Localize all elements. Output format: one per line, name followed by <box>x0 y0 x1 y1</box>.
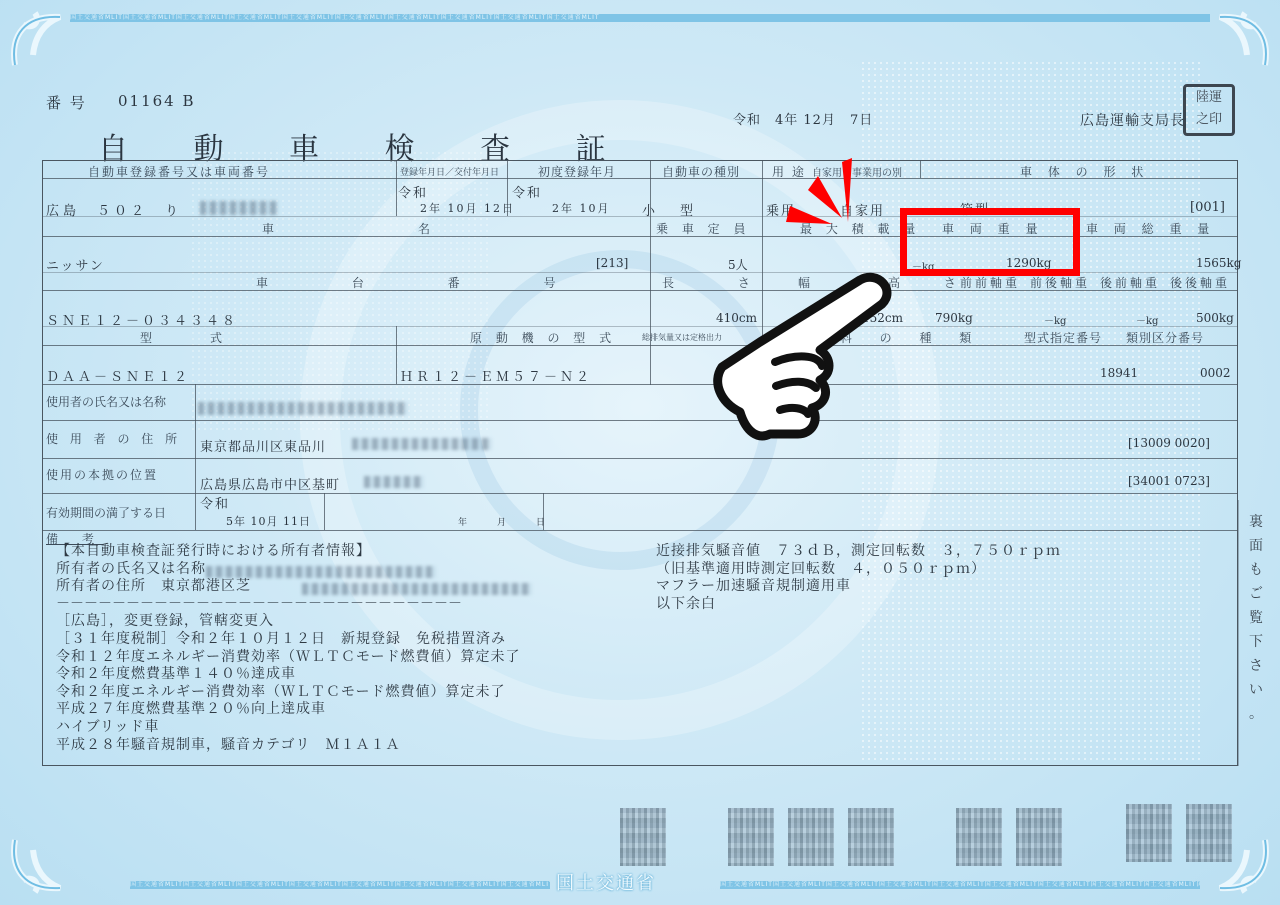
remarks-line: 平成２７年度燃費基準２０％向上達成車 <box>56 701 520 719</box>
category-number: 0002 <box>1200 366 1231 380</box>
capacity-header: 乗 車 定 員 <box>656 220 750 237</box>
remarks-line: 令和１２年度エネルギー消費効率（ＷＬＴＣモード燃費値）算定未了 <box>56 649 520 667</box>
redacted-qr-code <box>728 808 774 866</box>
security-border-bottom-right: 国土交通省MLIT国土交通省MLIT国土交通省MLIT国土交通省MLIT国土交通… <box>720 881 1200 889</box>
reg-plate: 広島 ５０２ り <box>46 200 182 219</box>
remarks-line: 【本自動車検査証発行時における所有者情報】 <box>56 543 520 561</box>
rr-axle-header: 後後軸重 <box>1170 274 1230 291</box>
car-name-header-2: 名 <box>418 220 432 237</box>
remarks-line: ［３１年度税制］令和２年１０月１２日 新規登録 免税措置済み <box>56 631 520 649</box>
corner-flourish-icon <box>5 830 75 900</box>
reg-date-header: 登録年月日／交付年月日 <box>400 165 499 178</box>
ministry-footer: 国土交通省 <box>556 869 656 895</box>
pointing-hand-icon <box>700 262 900 462</box>
reg-date: 2年 10月 12日 <box>420 200 515 216</box>
redacted-owner-address <box>302 583 532 595</box>
car-code: [213] <box>596 256 628 270</box>
rf-axle-header: 後前軸重 <box>1100 274 1160 291</box>
remarks-line: 令和２年度燃費基準１４０％達成車 <box>56 666 520 684</box>
fr-axle: －kg <box>1044 312 1066 327</box>
user-address-code: [13009 0020] <box>1128 436 1210 450</box>
expiry-header: 有効期間の満了する日 <box>46 504 166 521</box>
base-location: 広島県広島市中区基町 <box>200 474 340 493</box>
redacted-qr-code <box>1016 808 1062 866</box>
remarks-line: 近接排気騒音値 ７３ｄＢ，測定回転数 ３，７５０ｒｐｍ <box>656 543 1061 561</box>
remarks-line: －－－－－－－－－－－－－－－－－－－－－－－－－－－－－ <box>56 596 520 614</box>
official-seal-icon: 陸運之印 <box>1183 84 1235 136</box>
vehicle-class-header: 自動車の種別 <box>662 163 740 180</box>
redacted-qr-code <box>788 808 834 866</box>
rr-axle: 500kg <box>1196 311 1234 325</box>
remarks-line: ハイブリッド車 <box>56 719 520 737</box>
redacted-qr-code <box>1126 804 1172 862</box>
car-name-header-1: 車 <box>262 220 276 237</box>
engine-model: ＨＲ１２－ＥＭ５７－Ｎ２ <box>400 366 592 385</box>
redacted-qr-code <box>620 808 666 866</box>
ff-axle-header: 前前軸重 <box>960 274 1020 291</box>
vehicle-class: 小 型 <box>642 200 699 219</box>
issuer: 広島運輸支局長 <box>1080 110 1185 130</box>
car-name: ニッサン <box>46 255 105 274</box>
vehicle-weight-highlight-box <box>900 208 1080 276</box>
redacted-qr-code <box>1186 804 1232 862</box>
body-code: [001] <box>1190 200 1225 215</box>
expiry-date: 5年 10月 11日 <box>226 513 311 529</box>
remarks-line: マフラー加速騒音規制適用車 <box>656 578 1061 596</box>
rf-axle: －kg <box>1136 312 1158 327</box>
reg-date-era: 令和 <box>398 182 428 201</box>
redacted-owner-name <box>206 566 436 578</box>
redacted-plate-number <box>200 201 278 215</box>
redacted-user-address <box>352 438 492 450</box>
remarks-line: 平成２８年騒音規制車，騒音カテゴリ Ｍ１Ａ１Ａ <box>56 737 520 755</box>
gross-weight-header: 車 両 総 重 量 <box>1086 220 1215 237</box>
issue-date: 令和 4年 12月 7日 <box>733 109 873 128</box>
chassis-number: ＳＮＥ１２－０３４３４８ <box>46 310 238 329</box>
redacted-qr-code <box>956 808 1002 866</box>
redacted-base-location <box>364 476 424 488</box>
gross-weight: 1565kg <box>1196 256 1242 270</box>
remarks-line: （旧基準適用時測定回転数 ４，０５０ｒｐｍ） <box>656 561 1061 579</box>
number-label: 番 号 <box>46 92 87 113</box>
ff-axle: 790kg <box>935 311 973 325</box>
first-reg-header: 初度登録年月 <box>538 163 616 180</box>
remarks-line: 以下余白 <box>656 596 1061 614</box>
base-location-header: 使用の本拠の位置 <box>46 466 158 483</box>
chassis-number-header: 車 台 番 号 <box>256 274 595 291</box>
remarks-line: ［広島］，変更登録，管轄変更入 <box>56 613 520 631</box>
user-name-header: 使用者の氏名又は名称 <box>46 393 166 410</box>
category-number-header: 類別区分番号 <box>1126 329 1204 346</box>
body-shape-header: 車 体 の 形 状 <box>1020 163 1149 180</box>
model: ＤＡＡ－ＳＮＥ１２ <box>46 366 190 385</box>
security-border-bottom-left: 国土交通省MLIT国土交通省MLIT国土交通省MLIT国土交通省MLIT国土交通… <box>130 881 550 889</box>
first-reg-date: 2年 10月 <box>552 200 611 216</box>
base-location-code: [34001 0723] <box>1128 474 1210 488</box>
user-address: 東京都品川区東品川 <box>200 436 326 455</box>
first-reg-era: 令和 <box>512 182 542 201</box>
fr-axle-header: 前後軸重 <box>1030 274 1090 291</box>
corner-flourish-icon <box>5 5 75 75</box>
remarks-right: 近接排気騒音値 ７３ｄＢ，測定回転数 ３，７５０ｒｐｍ （旧基準適用時測定回転数… <box>656 543 1061 613</box>
redacted-qr-code <box>848 808 894 866</box>
see-reverse-note: 裏面も ご覧下 さい。 <box>1248 510 1264 726</box>
redacted-user-name <box>198 402 408 415</box>
corner-flourish-icon <box>1205 5 1275 75</box>
expiry-era: 令和 <box>200 493 230 512</box>
certificate-number: 01164 B <box>118 92 196 110</box>
security-border-top: 国土交通省MLIT国土交通省MLIT国土交通省MLIT国土交通省MLIT国土交通… <box>70 14 1210 22</box>
user-address-header: 使 用 者 の 住 所 <box>46 430 181 447</box>
reg-number-header: 自動車登録番号又は車両番号 <box>88 163 270 180</box>
model-header: 型 式 <box>140 329 224 346</box>
vehicle-inspection-certificate: 国土交通省MLIT国土交通省MLIT国土交通省MLIT国土交通省MLIT国土交通… <box>0 0 1280 905</box>
engine-model-header: 原 動 機 の 型 式 <box>470 329 616 346</box>
expiry-blank-date: 年 月 日 <box>458 515 549 528</box>
remarks-line: 令和２年度エネルギー消費効率（ＷＬＴＣモード燃費値）算定未了 <box>56 684 520 702</box>
attention-burst-icon <box>760 150 870 260</box>
type-designation-header: 型式指定番号 <box>1024 329 1102 346</box>
type-designation: 18941 <box>1100 366 1138 380</box>
